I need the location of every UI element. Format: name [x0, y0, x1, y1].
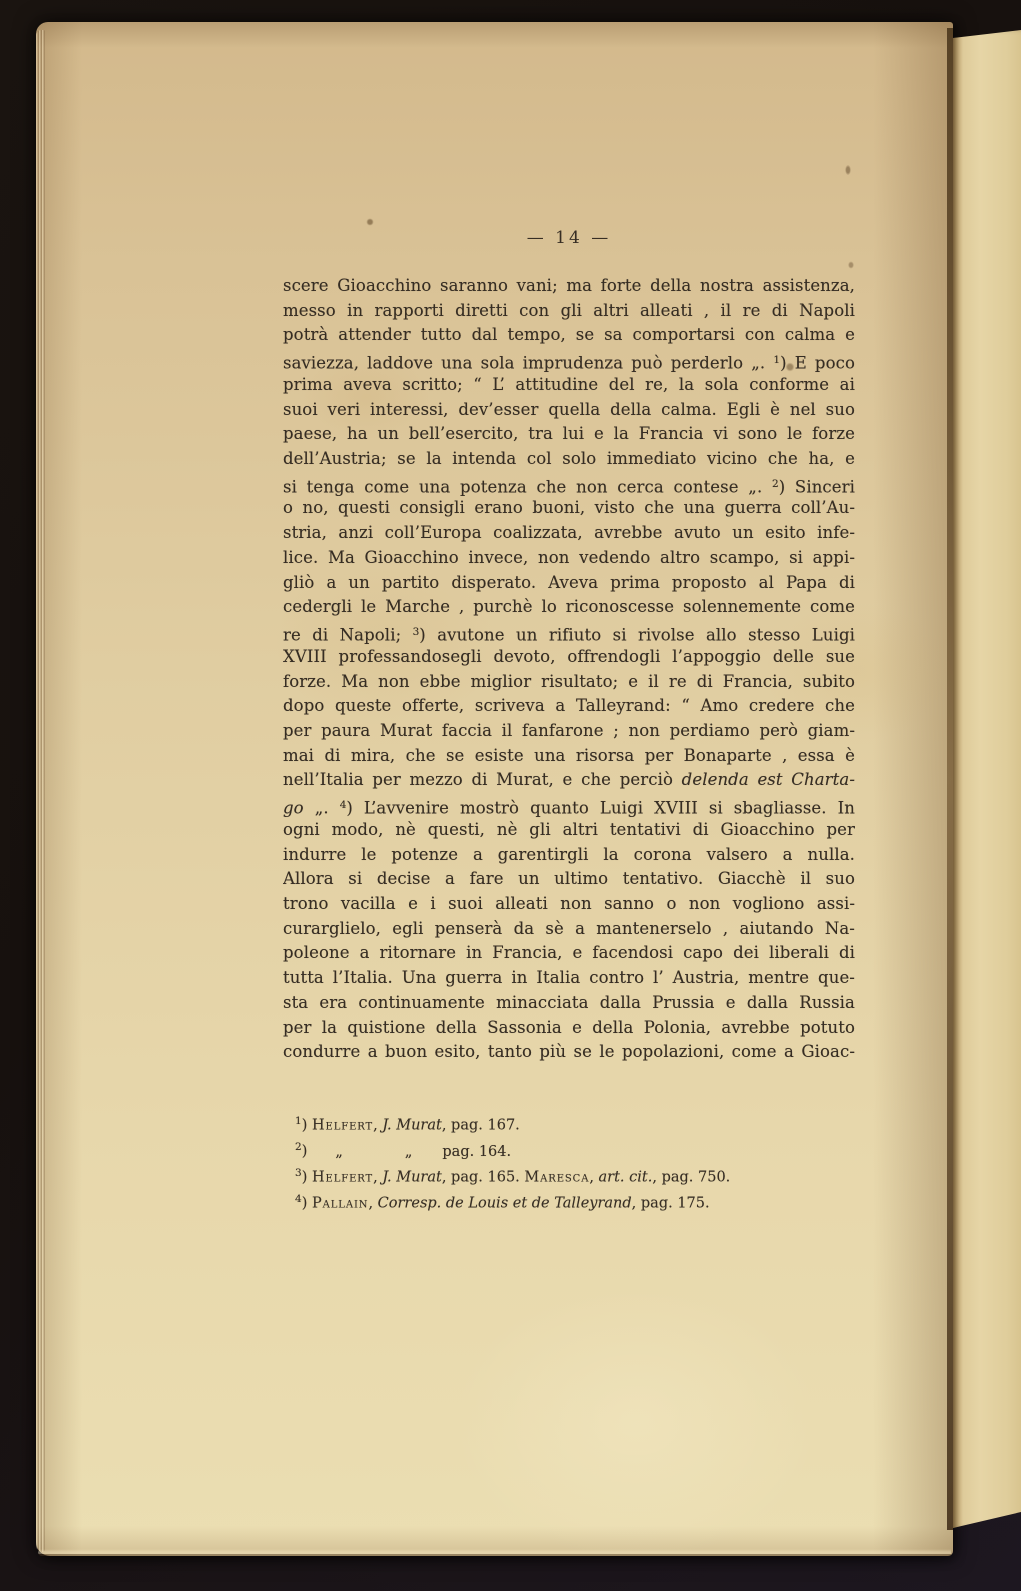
- text-segment: „: [335, 1144, 343, 1160]
- text-segment: ) E poco: [780, 354, 855, 373]
- text-segment: stria, anzi coll’Europa coalizzata, avre…: [283, 523, 855, 542]
- text-segment: condurre a buon esito, tanto più se le p…: [283, 1042, 855, 1061]
- text-segment: ,: [373, 1170, 382, 1186]
- body-line: XVIII professandosegli devoto, offrendog…: [283, 645, 855, 670]
- body-line: o no, questi consigli erano buoni, visto…: [283, 496, 855, 521]
- footnote-marker: 2: [295, 1141, 302, 1153]
- footnote-marker: 2: [772, 478, 779, 490]
- body-line: dell’Austria; se la intenda col solo imm…: [283, 447, 855, 472]
- text-segment: ): [302, 1170, 312, 1186]
- text-segment: , pag. 175.: [632, 1196, 710, 1212]
- text-segment: ) avutone un rifiuto si rivolse allo ste…: [419, 626, 855, 645]
- text-segment: cedergli le Marche , purchè lo riconosce…: [283, 597, 855, 616]
- text-segment: Corresp. de Louis et de Talleyrand: [378, 1196, 632, 1212]
- text-segment: prima aveva scritto; “ L’ attitudine del…: [283, 375, 855, 394]
- footnote-line: 3) Helfert, J. Murat, pag. 165. Maresca,…: [295, 1160, 855, 1186]
- text-segment: J. Murat: [382, 1170, 442, 1186]
- text-segment: , pag. 165.: [442, 1170, 525, 1186]
- book-page: — 14 — scere Gioacchino saranno vani; ma…: [36, 22, 953, 1556]
- body-line: per la quistione della Sassonia e della …: [283, 1016, 855, 1041]
- page-number: — 14 —: [283, 228, 855, 248]
- body-line: saviezza, laddove una sola imprudenza pu…: [283, 348, 855, 373]
- text-segment: pag. 164.: [442, 1144, 511, 1160]
- book-gutter: [947, 28, 953, 1530]
- body-line: curarglielo, egli penserà da sè a manten…: [283, 917, 855, 942]
- text-segment: „: [405, 1144, 413, 1160]
- text-segment: per paura Murat faccia il fanfarone ; no…: [283, 721, 855, 740]
- text-segment: messo in rapporti diretti con gli altri …: [283, 301, 855, 320]
- footnote-line: 2)„„pag. 164.: [295, 1134, 855, 1160]
- text-segment: J. Murat: [382, 1118, 442, 1134]
- body-line: forze. Ma non ebbe miglior risultato; e …: [283, 670, 855, 695]
- text-segment: forze. Ma non ebbe miglior risultato; e …: [283, 672, 855, 691]
- adjacent-page-edge: [953, 30, 1021, 1528]
- body-line: cedergli le Marche , purchè lo riconosce…: [283, 595, 855, 620]
- body-line: nell’Italia per mezzo di Murat, e che pe…: [283, 768, 855, 793]
- text-segment: ogni modo, nè questi, nè gli altri tenta…: [283, 820, 855, 839]
- text-segment: suoi veri interessi, dev’esser quella de…: [283, 400, 855, 419]
- text-segment: XVIII professandosegli devoto, offrendog…: [283, 647, 855, 666]
- body-line: go „. 4) L’avvenire mostrò quanto Luigi …: [283, 793, 855, 818]
- text-segment: tutta l’Italia. Una guerra in Italia con…: [283, 968, 855, 987]
- text-segment: Pallain: [312, 1196, 368, 1212]
- text-segment: art. cit.: [599, 1170, 653, 1186]
- text-segment: paese, ha un bell’esercito, tra lui e la…: [283, 424, 855, 443]
- body-line: prima aveva scritto; “ L’ attitudine del…: [283, 373, 855, 398]
- footnote-line: 4) Pallain, Corresp. de Louis et de Tall…: [295, 1186, 855, 1212]
- text-segment: ,: [368, 1196, 377, 1212]
- text-segment: potrà attender tutto dal tempo, se sa co…: [283, 325, 855, 344]
- text-segment: ,: [373, 1118, 382, 1134]
- body-line: condurre a buon esito, tanto più se le p…: [283, 1040, 855, 1065]
- text-segment: trono vacilla e i suoi alleati non sanno…: [283, 894, 855, 913]
- text-segment: si tenga come una potenza che non cerca …: [283, 477, 772, 496]
- footnote-marker: 3: [295, 1167, 302, 1179]
- text-segment: ) Sinceri: [779, 477, 855, 496]
- body-line: gliò a un partito disperato. Aveva prima…: [283, 571, 855, 596]
- body-line: ogni modo, nè questi, nè gli altri tenta…: [283, 818, 855, 843]
- text-segment: curarglielo, egli penserà da sè a manten…: [283, 919, 855, 938]
- body-line: stria, anzi coll’Europa coalizzata, avre…: [283, 521, 855, 546]
- body-line: potrà attender tutto dal tempo, se sa co…: [283, 323, 855, 348]
- text-segment: o no, questi consigli erano buoni, visto…: [283, 498, 855, 517]
- footnote-marker: 1: [295, 1115, 302, 1127]
- body-line: suoi veri interessi, dev’esser quella de…: [283, 398, 855, 423]
- body-line: Allora si decise a fare un ultimo tentat…: [283, 867, 855, 892]
- body-line: dopo queste offerte, scriveva a Talleyra…: [283, 694, 855, 719]
- text-segment: poleone a ritornare in Francia, e facend…: [283, 943, 855, 962]
- body-line: messo in rapporti diretti con gli altri …: [283, 299, 855, 324]
- body-line: scere Gioacchino saranno vani; ma forte …: [283, 274, 855, 299]
- text-segment: dell’Austria; se la intenda col solo imm…: [283, 449, 855, 468]
- text-segment: Helfert: [312, 1170, 373, 1186]
- text-segment: , pag. 750.: [652, 1170, 730, 1186]
- text-segment: per la quistione della Sassonia e della …: [283, 1018, 855, 1037]
- text-segment: dopo queste offerte, scriveva a Talleyra…: [283, 696, 855, 715]
- text-segment: Maresca: [524, 1170, 589, 1186]
- body-line: re di Napoli; 3) avutone un rifiuto si r…: [283, 620, 855, 645]
- text-segment: delenda est Charta-: [682, 770, 855, 789]
- text-segment: go: [283, 799, 304, 818]
- body-line: trono vacilla e i suoi alleati non sanno…: [283, 892, 855, 917]
- text-segment: „.: [304, 799, 340, 818]
- text-segment: saviezza, laddove una sola imprudenza pu…: [283, 354, 773, 373]
- body-line: poleone a ritornare in Francia, e facend…: [283, 941, 855, 966]
- body-line: mai di mira, che se esiste una risorsa p…: [283, 744, 855, 769]
- text-segment: lice. Ma Gioacchino invece, non vedendo …: [283, 548, 855, 567]
- text-segment: Helfert: [312, 1118, 373, 1134]
- text-segment: Allora si decise a fare un ultimo tentat…: [283, 869, 855, 888]
- footnote-line: 1) Helfert, J. Murat, pag. 167.: [295, 1108, 855, 1134]
- text-segment: ) L’avvenire mostrò quanto Luigi XVIII s…: [346, 799, 855, 818]
- text-segment: ,: [589, 1170, 598, 1186]
- body-line: si tenga come una potenza che non cerca …: [283, 472, 855, 497]
- body-line: sta era continuamente minacciata dalla P…: [283, 991, 855, 1016]
- text-segment: scere Gioacchino saranno vani; ma forte …: [283, 276, 855, 295]
- text-segment: sta era continuamente minacciata dalla P…: [283, 993, 855, 1012]
- footnotes: 1) Helfert, J. Murat, pag. 167.2)„„pag. …: [295, 1108, 855, 1212]
- text-segment: ): [302, 1144, 308, 1160]
- text-segment: ): [302, 1118, 312, 1134]
- body-line: lice. Ma Gioacchino invece, non vedendo …: [283, 546, 855, 571]
- text-segment: re di Napoli;: [283, 626, 413, 645]
- scanned-book-page: — 14 — scere Gioacchino saranno vani; ma…: [0, 0, 1021, 1591]
- text-segment: ): [302, 1196, 312, 1212]
- text-segment: , pag. 167.: [442, 1118, 520, 1134]
- body-line: paese, ha un bell’esercito, tra lui e la…: [283, 422, 855, 447]
- body-line: indurre le potenze a garentirgli la coro…: [283, 843, 855, 868]
- body-line: per paura Murat faccia il fanfarone ; no…: [283, 719, 855, 744]
- page-body: scere Gioacchino saranno vani; ma forte …: [283, 274, 855, 1065]
- body-line: tutta l’Italia. Una guerra in Italia con…: [283, 966, 855, 991]
- text-segment: indurre le potenze a garentirgli la coro…: [283, 845, 855, 864]
- text-segment: mai di mira, che se esiste una risorsa p…: [283, 746, 855, 765]
- text-segment: nell’Italia per mezzo di Murat, e che pe…: [283, 770, 682, 789]
- footnote-marker: 4: [295, 1193, 302, 1205]
- text-segment: gliò a un partito disperato. Aveva prima…: [283, 573, 855, 592]
